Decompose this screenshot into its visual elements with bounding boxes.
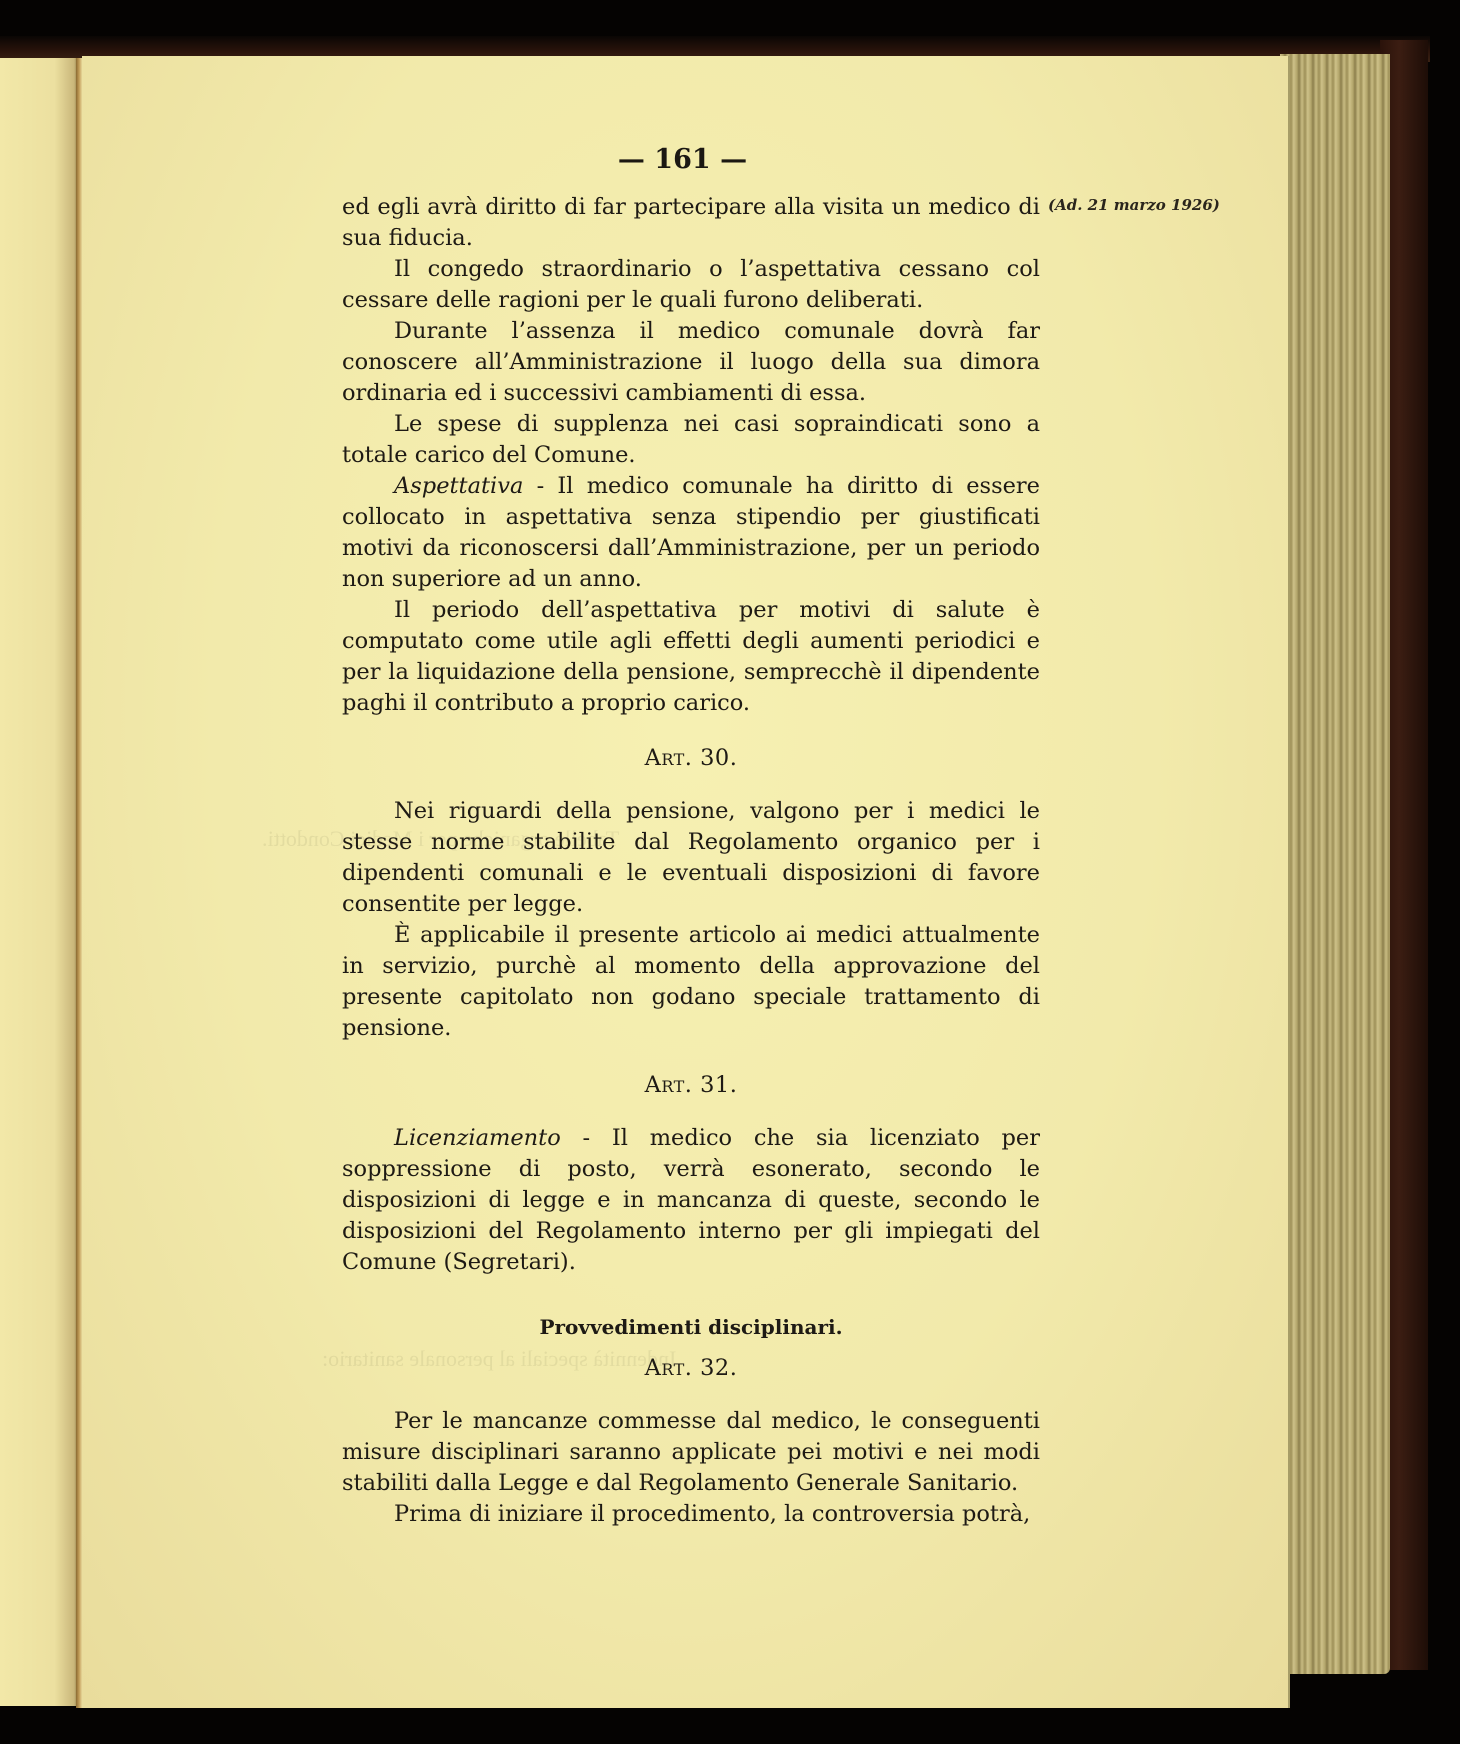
article-heading: Art. 31. bbox=[342, 1070, 1040, 1101]
paragraph: Per le mancanze commesse dal medico, le … bbox=[342, 1406, 1040, 1499]
page-number: — 161 — bbox=[0, 144, 1460, 175]
margin-note: (Ad. 21 marzo 1926) bbox=[1048, 196, 1220, 214]
paragraph: Prima di iniziare il procedimento, la co… bbox=[342, 1499, 1040, 1530]
body-text: ed egli avrà diritto di far partecipare … bbox=[342, 192, 1040, 1530]
paragraph-label: Licenziamento bbox=[394, 1125, 561, 1151]
book-spine bbox=[76, 58, 82, 1708]
paragraph: È applicabile il presente articolo ai me… bbox=[342, 920, 1040, 1044]
paragraph: Il congedo straordinario o l’aspettativa… bbox=[342, 254, 1040, 316]
article-heading: Art. 32. bbox=[342, 1353, 1040, 1384]
left-page-fragment bbox=[0, 58, 78, 1706]
paragraph-label: Aspettativa bbox=[394, 473, 523, 499]
paragraph-aspettativa: Aspettativa - Il medico comunale ha diri… bbox=[342, 471, 1040, 595]
paragraph: Le spese di supplenza nei casi sopraindi… bbox=[342, 409, 1040, 471]
page-stack-edge bbox=[1280, 54, 1390, 1674]
section-heading: Provvedimenti disciplinari. bbox=[342, 1312, 1040, 1343]
paragraph-licenziamento: Licenziamento - Il medico che sia licenz… bbox=[342, 1123, 1040, 1278]
paragraph: Durante l’assenza il medico comunale dov… bbox=[342, 316, 1040, 409]
page-number-text: — 161 — bbox=[618, 144, 747, 175]
paragraph: Il periodo dell’aspettativa per motivi d… bbox=[342, 595, 1040, 719]
paragraph: Nei riguardi della pensione, valgono per… bbox=[342, 796, 1040, 920]
paragraph: ed egli avrà diritto di far partecipare … bbox=[342, 192, 1040, 254]
article-heading: Art. 30. bbox=[342, 743, 1040, 774]
